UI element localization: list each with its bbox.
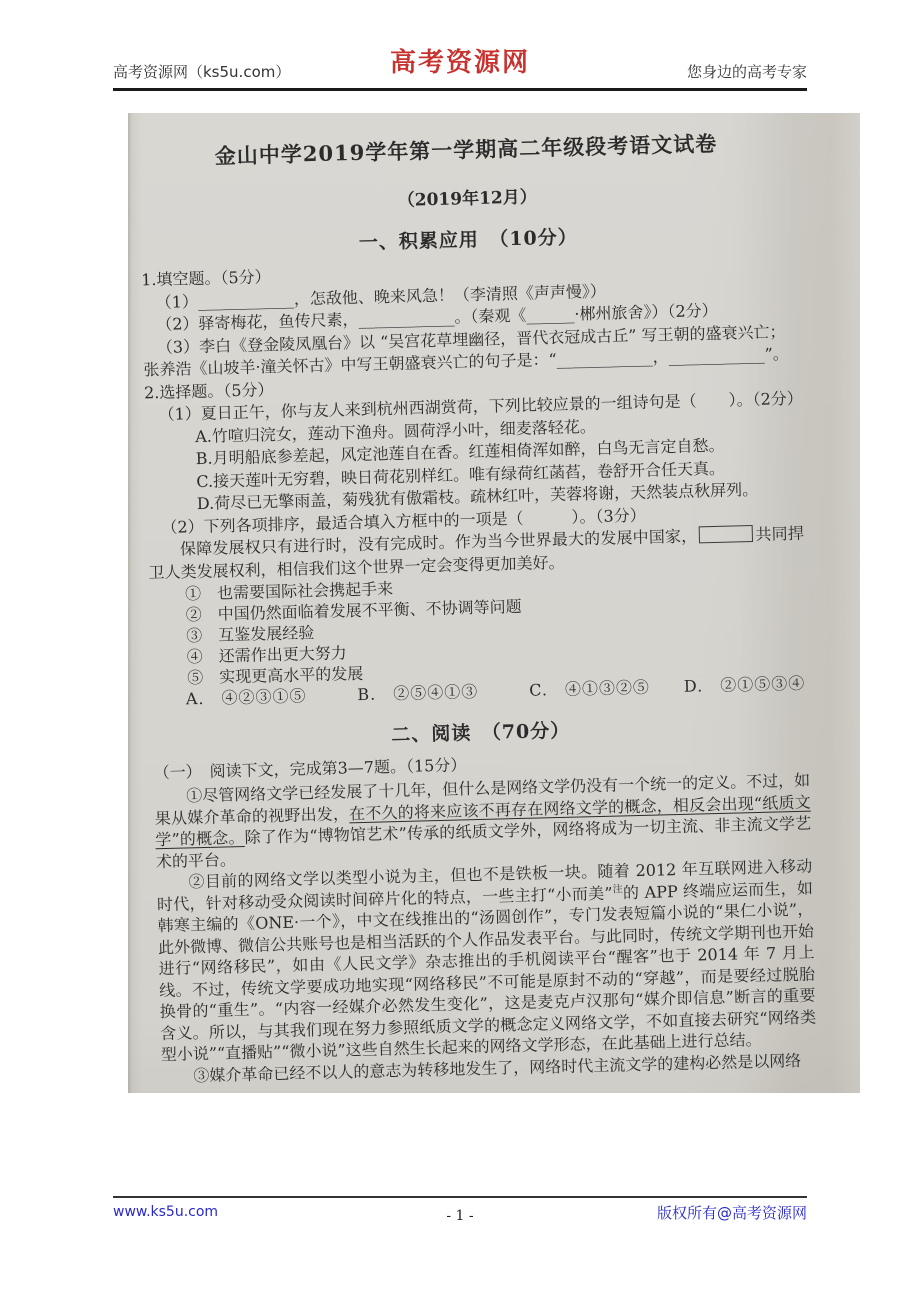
site-header: 高考资源网（ks5u.com） 高考资源网 您身边的高考专家 [113, 42, 807, 86]
site-footer: www.ks5u.com - 1 - 版权所有@高考资源网 [113, 1202, 807, 1228]
footnote-marker: 注 [612, 884, 623, 895]
answer-box [699, 525, 753, 543]
footer-url-link[interactable]: www.ks5u.com [113, 1204, 218, 1220]
ks5u-logo: 高考资源网 [390, 42, 530, 79]
scanned-exam-page: 金山中学2019学年第一学期高二年级段考语文试卷 （2019年12月） 一、积累… [128, 113, 860, 1093]
reading-paragraph-1: ①尽管网络文学已经发展了十几年，但什么是网络文学仍没有一个统一的定义。不过，如果… [154, 770, 812, 873]
exam-date: （2019年12月） [139, 179, 795, 220]
footer-copyright: 版权所有@高考资源网 [657, 1202, 807, 1223]
site-name-text: 高考资源网（ks5u.com） [113, 61, 290, 82]
exam-content: 金山中学2019学年第一学期高二年级段考语文试卷 （2019年12月） 一、积累… [138, 125, 819, 1093]
exam-title: 金山中学2019学年第一学期高二年级段考语文试卷 [138, 127, 795, 174]
site-tagline: 您身边的高考专家 [687, 61, 807, 82]
footer-page-number: - 1 - [446, 1208, 473, 1224]
footer-divider [113, 1196, 807, 1198]
reading-paragraph-2: ②目前的网络文学以类型小说为主，但也不是铁板一块。随着 2012 年互联网进入移… [156, 856, 817, 1066]
header-divider [113, 88, 807, 91]
